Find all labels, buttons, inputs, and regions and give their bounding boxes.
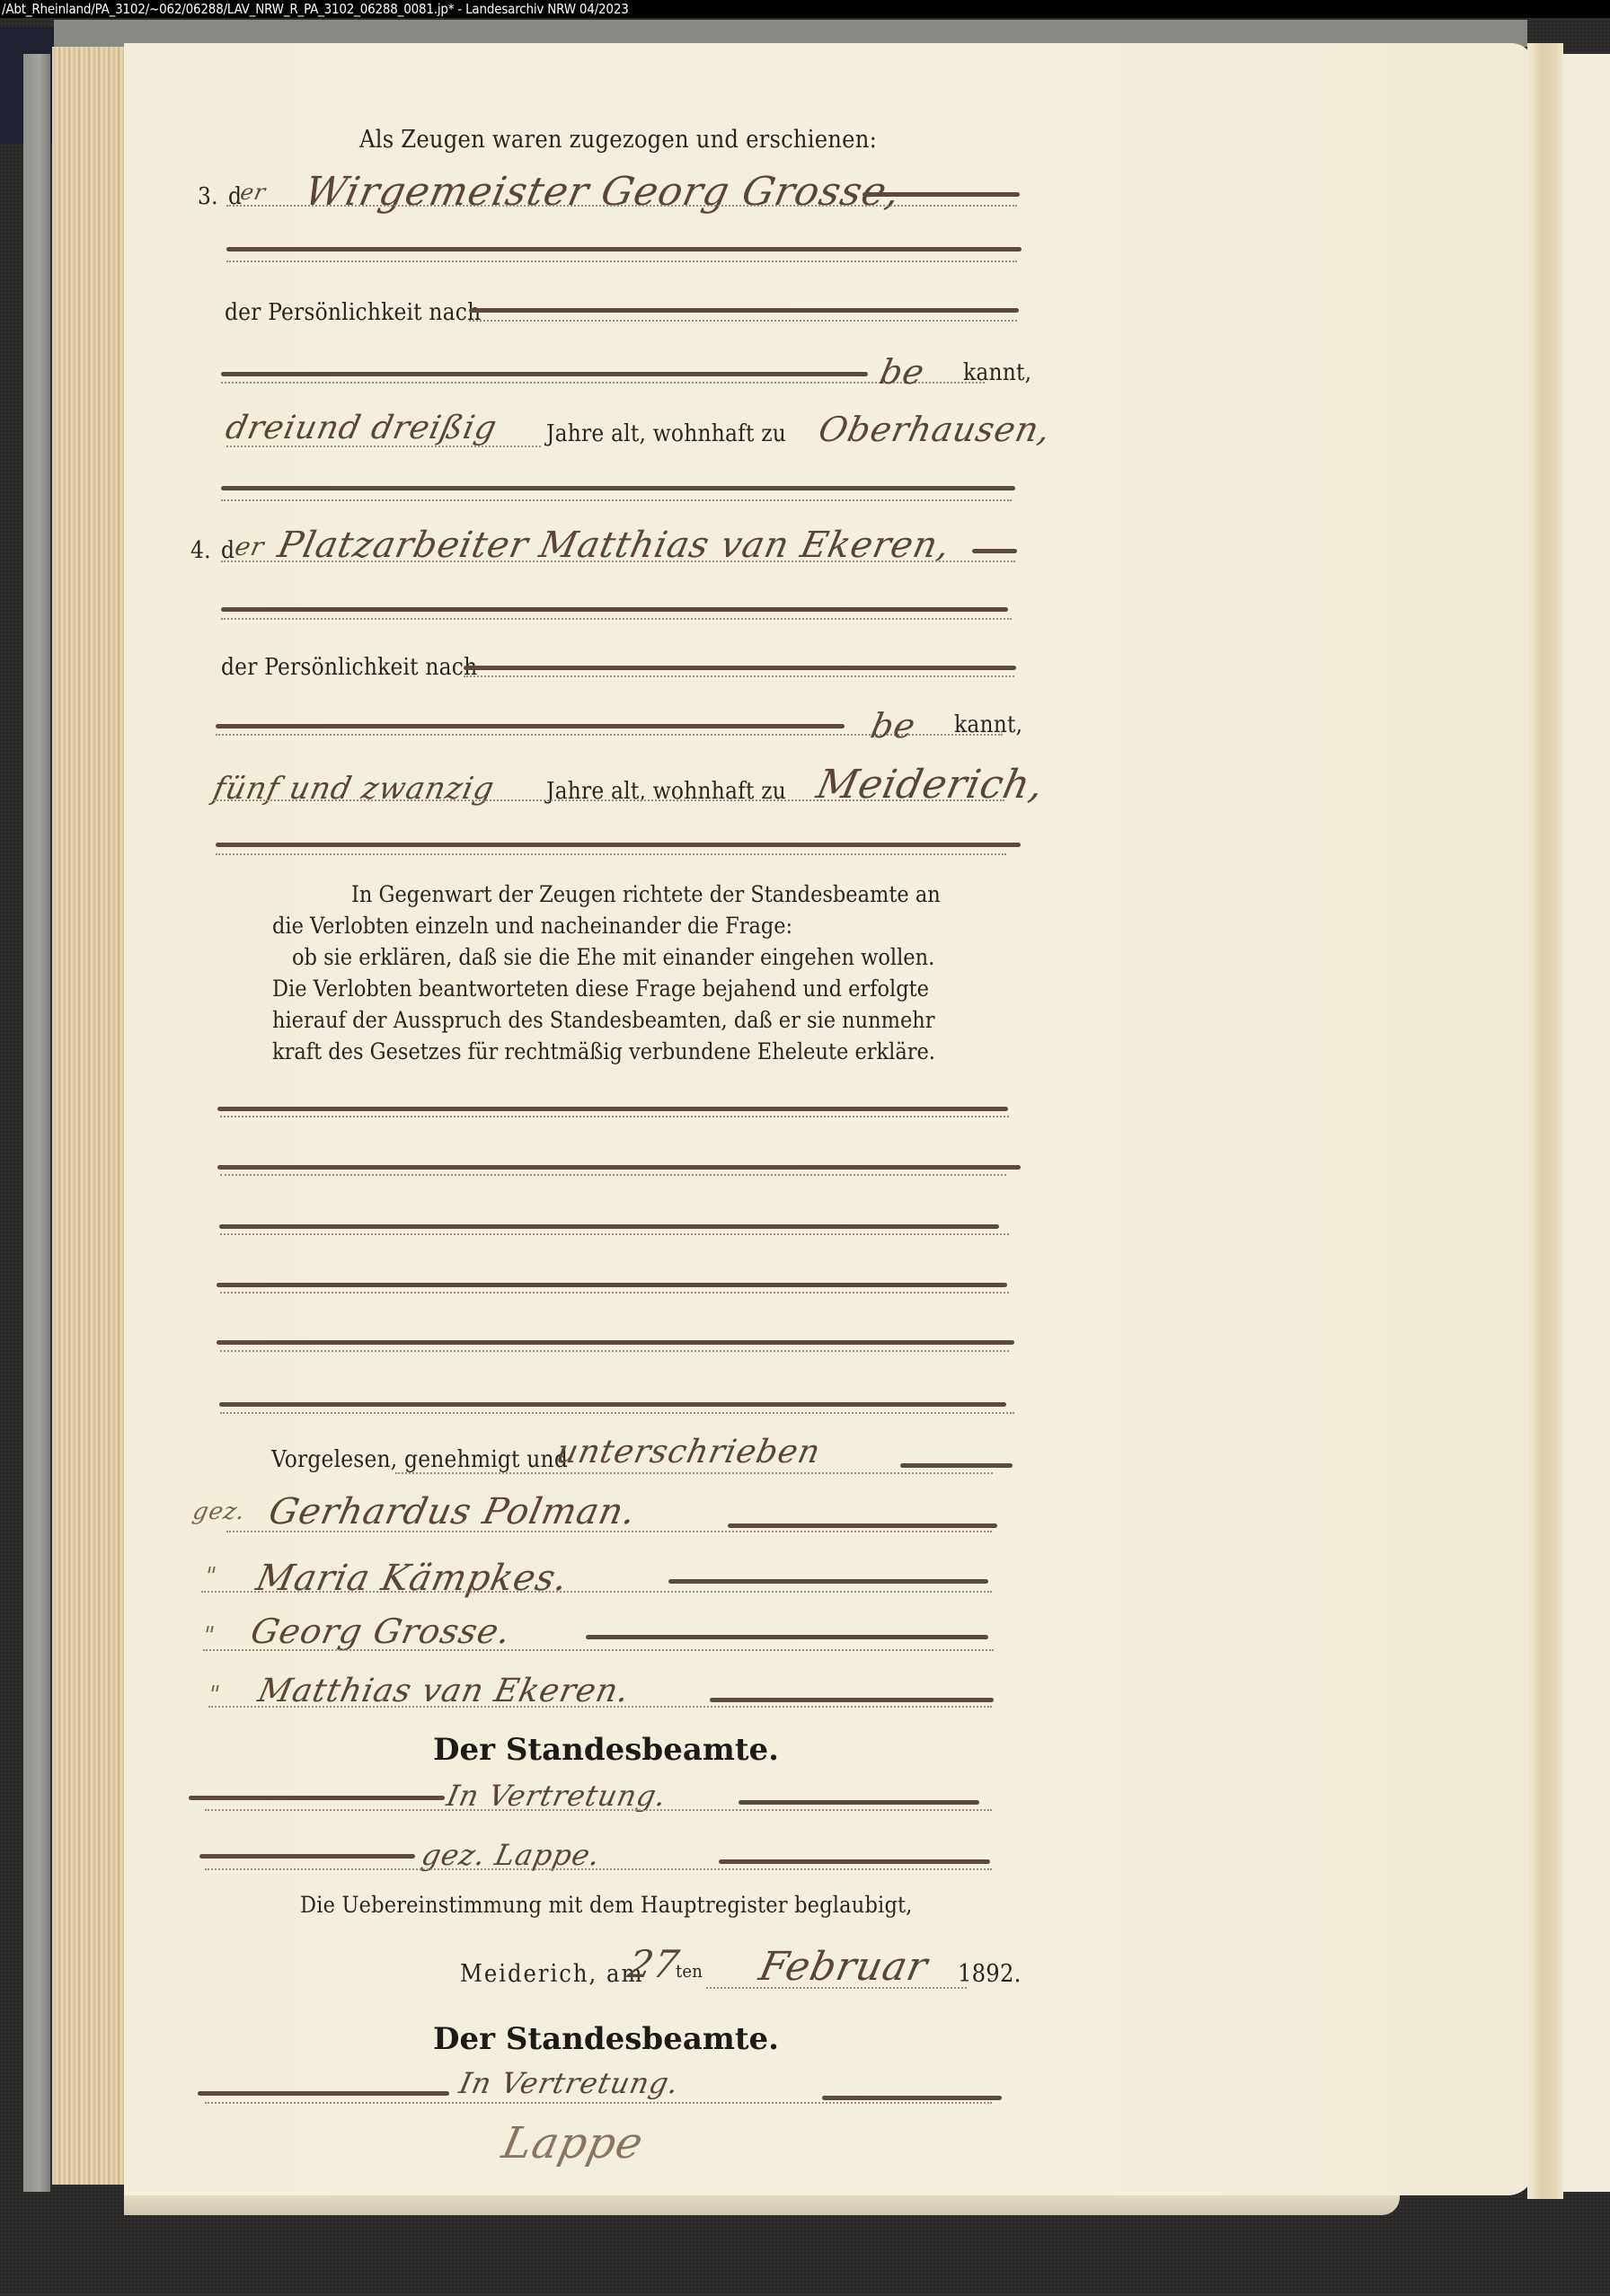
dotted-rule xyxy=(226,261,1017,262)
signature-mark: " xyxy=(200,1622,217,1649)
witness-3-age: dreiund dreißig xyxy=(223,410,500,446)
rule xyxy=(217,1283,1007,1287)
rule xyxy=(862,192,1020,197)
date-day: 27 xyxy=(624,1942,684,1986)
rule xyxy=(221,486,1015,490)
witness-4-number: 4. xyxy=(190,537,211,564)
rule xyxy=(217,1107,1008,1111)
paragraph-line: Die Verlobten beantworteten diese Frage … xyxy=(272,973,1006,1004)
dotted-rule xyxy=(205,1809,992,1811)
dotted-rule xyxy=(226,1531,992,1532)
rule xyxy=(189,1796,445,1800)
registrar-deputy: In Vertretung. xyxy=(444,1779,670,1813)
dotted-rule xyxy=(214,799,1004,801)
rule xyxy=(226,247,1022,252)
signature-name: Matthias van Ekeren. xyxy=(255,1673,633,1709)
dotted-rule xyxy=(220,1174,1006,1176)
witness-3-known-suffix: kannt, xyxy=(963,359,1031,386)
dotted-rule xyxy=(395,1472,993,1474)
rule xyxy=(739,1800,979,1805)
rule xyxy=(199,1854,415,1859)
witness-3-identity-label: der Persönlichkeit nach xyxy=(225,299,481,326)
paragraph-line: die Verlobten einzeln und nacheinander d… xyxy=(272,910,1006,941)
rule xyxy=(900,1463,1013,1468)
witness-4-identity-label: der Persönlichkeit nach xyxy=(221,654,477,681)
dotted-rule xyxy=(205,2102,992,2104)
rule xyxy=(822,2096,1002,2100)
paragraph-line: ob sie erklären, daß sie die Ehe mit ein… xyxy=(272,941,1006,973)
dotted-rule xyxy=(226,205,1017,207)
witness-3-age-label: Jahre alt, wohnhaft zu xyxy=(546,420,786,447)
rule xyxy=(586,1635,988,1639)
dotted-rule xyxy=(205,1868,992,1870)
certification-text: Die Uebereinstimmung mit dem Hauptregist… xyxy=(300,1892,913,1918)
rule xyxy=(217,1340,1014,1345)
dotted-rule xyxy=(221,618,1012,620)
dotted-rule xyxy=(221,561,1015,562)
paragraph-line: kraft des Gesetzes für rechtmäßig verbun… xyxy=(272,1036,1006,1067)
rule xyxy=(221,607,1008,612)
ceremony-paragraph: In Gegenwart der Zeugen richtete der Sta… xyxy=(272,879,1006,1067)
registrar-deputy-2: In Vertretung. xyxy=(456,2066,683,2100)
signature-name: Gerhardus Polman. xyxy=(265,1491,640,1532)
rule xyxy=(464,666,1016,670)
dotted-rule xyxy=(220,1292,1009,1294)
rule xyxy=(217,1165,1021,1170)
rule xyxy=(728,1523,997,1528)
place-label: Meiderich, am xyxy=(460,1960,644,1988)
dotted-rule xyxy=(201,1591,992,1593)
signature-mark: " xyxy=(206,1682,223,1709)
registrar-heading-2: Der Standesbeamte. xyxy=(433,2021,779,2057)
rule xyxy=(221,372,868,376)
witness-4-age: fünf und zwanzig xyxy=(210,771,498,807)
witness-3-entry: Wirgemeister Georg Grosse, xyxy=(301,169,905,215)
witness-3-number: 3. xyxy=(198,183,218,210)
read-label: Vorgelesen, genehmigt und xyxy=(271,1446,568,1473)
register-entry: Als Zeugen waren zugezogen und erschiene… xyxy=(0,0,1610,2296)
paragraph-line: hierauf der Ausspruch des Standesbeamten… xyxy=(272,1004,1006,1036)
witness-4-known-suffix: kannt, xyxy=(954,711,1022,738)
read-hand: unterschrieben xyxy=(553,1434,824,1470)
rule xyxy=(219,1402,1006,1407)
dotted-rule xyxy=(203,1649,994,1651)
signature-name: Maria Kämpkes. xyxy=(252,1558,571,1599)
signature-mark: " xyxy=(202,1563,219,1590)
registrar-heading: Der Standesbeamte. xyxy=(433,1732,779,1768)
rule xyxy=(972,549,1017,553)
date-year: 1892. xyxy=(958,1960,1022,1988)
rule xyxy=(710,1698,994,1702)
witness-4-known-hand: be xyxy=(867,706,919,746)
date-month: Februar xyxy=(756,1944,933,1990)
signature-mark: gez. xyxy=(190,1498,248,1525)
dotted-rule xyxy=(220,1412,1014,1414)
rule xyxy=(469,308,1019,313)
paragraph-line: In Gegenwart der Zeugen richtete der Sta… xyxy=(272,879,1006,910)
dotted-rule xyxy=(220,1350,1009,1352)
dotted-rule xyxy=(216,853,1006,855)
date-day-suffix: ten xyxy=(676,1960,703,1982)
rule xyxy=(198,2091,449,2096)
dotted-rule xyxy=(208,1706,992,1708)
rule xyxy=(216,724,845,729)
dotted-rule xyxy=(220,1116,1009,1117)
witnesses-heading: Als Zeugen waren zugezogen und erschiene… xyxy=(359,126,877,154)
rule xyxy=(216,843,1021,847)
dotted-rule xyxy=(464,676,1014,677)
dotted-rule xyxy=(220,1233,1009,1235)
dotted-rule xyxy=(221,382,985,384)
witness-3-prefix-hand: er xyxy=(238,180,269,205)
rule xyxy=(719,1859,990,1864)
registrar-signature: Lappe xyxy=(498,2118,648,2168)
rule xyxy=(219,1224,999,1229)
dotted-rule xyxy=(221,499,1012,501)
rule xyxy=(668,1579,988,1584)
registrar-signature-copy: gez. Lappe. xyxy=(419,1838,604,1872)
witness-3-residence: Oberhausen, xyxy=(815,410,1055,449)
dotted-rule xyxy=(469,320,1017,322)
witness-4-prefix-hand: er xyxy=(232,532,267,561)
dotted-rule xyxy=(706,1987,967,1989)
witness-3-known-hand: be xyxy=(876,352,928,392)
dotted-rule xyxy=(226,446,541,447)
signature-name: Georg Grosse. xyxy=(247,1612,515,1651)
